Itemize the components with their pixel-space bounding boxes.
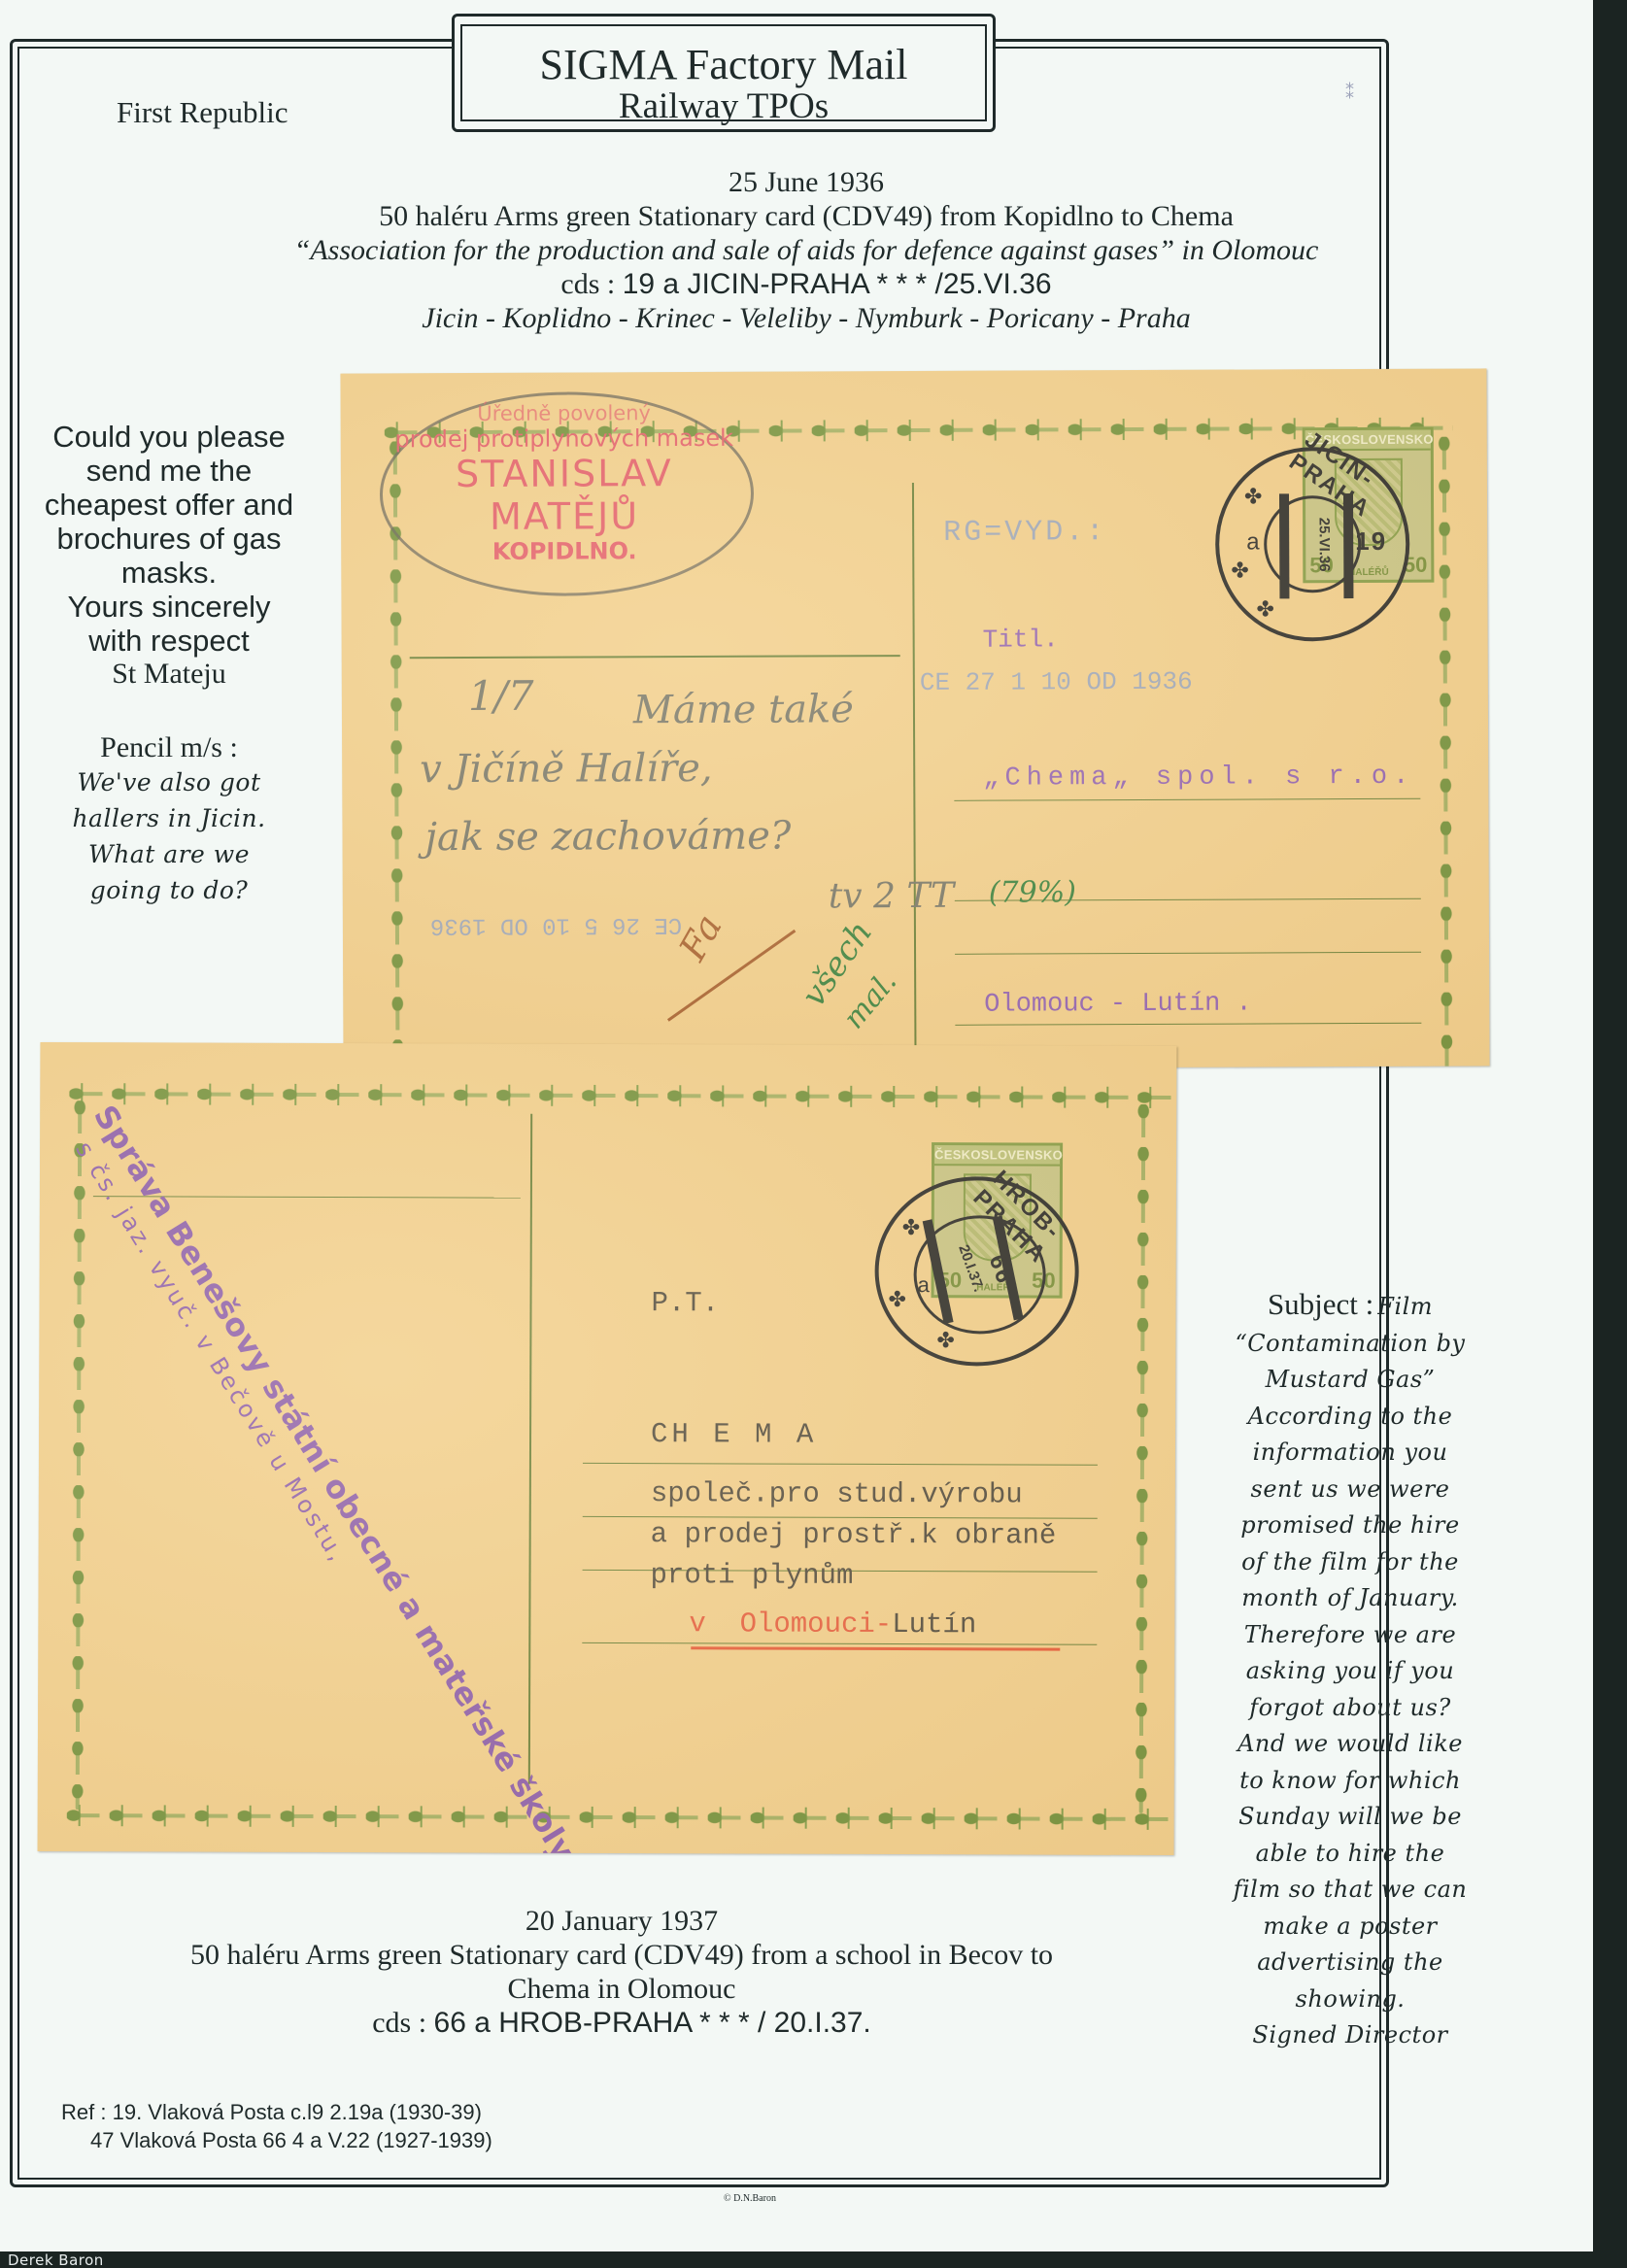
center-divider bbox=[912, 483, 917, 1066]
address-line bbox=[955, 1023, 1421, 1026]
translation-line: make a poster bbox=[1195, 1909, 1506, 1946]
translation-line: Sunday will we be bbox=[1195, 1799, 1506, 1836]
address-line bbox=[954, 798, 1420, 801]
reference-line: 19. Vlaková Posta c.l9 2.19a (1930-39) bbox=[113, 2100, 482, 2124]
translation-line: masks. bbox=[23, 556, 315, 590]
divider-line bbox=[410, 655, 900, 659]
item2-translation: Subject : Film “Contamination by Mustard… bbox=[1195, 1287, 1506, 2054]
era-label: First Republic bbox=[117, 95, 288, 130]
translation-line: According to the bbox=[1195, 1399, 1506, 1436]
scan-edge-right bbox=[1593, 0, 1627, 2268]
translation-line: brochures of gas bbox=[23, 522, 315, 556]
item1-route: Jicin - Koplidno - Krinec - Veleliby - N… bbox=[175, 301, 1438, 335]
page-title: SIGMA Factory Mail bbox=[462, 42, 985, 88]
pencil-note: Máme také bbox=[633, 687, 854, 732]
leaf-border-top bbox=[69, 1083, 1176, 1108]
translation-line: able to hire the bbox=[1195, 1836, 1506, 1873]
pencil-note: v Jičíně Halíře, bbox=[420, 746, 713, 792]
item1-caption: 25 June 1936 50 haléru Arms green Statio… bbox=[175, 165, 1438, 335]
pencil-translation-line: What are we bbox=[23, 836, 315, 872]
album-page: SIGMA Factory Mail Railway TPOs First Re… bbox=[0, 0, 1593, 2253]
school-stamp: Správa Benešovy státní obecné a mateřské… bbox=[60, 1099, 435, 1646]
item2-date: 20 January 1937 bbox=[39, 1904, 1204, 1938]
address-line-text: a prodej prostř.k obraně bbox=[651, 1518, 1057, 1551]
item2-description-cont: Chema in Olomouc bbox=[39, 1972, 1204, 2006]
translation-signature: St Mateju bbox=[23, 658, 315, 691]
item2-description: 50 haléru Arms green Stationary card (CD… bbox=[39, 1938, 1204, 1972]
pencil-label: Pencil m/s : bbox=[23, 731, 315, 764]
scan-edge-bottom bbox=[0, 2251, 1627, 2268]
postmark-hrob-praha: HROB-PRAHA 66 a 20.I.37. ✤ ✤ ✤ bbox=[874, 1176, 1079, 1367]
addressee: „Chema„ spol. s r.o. bbox=[983, 762, 1414, 794]
leaf-border-right bbox=[1131, 1104, 1155, 1813]
address-line bbox=[955, 952, 1421, 955]
salutation: P.T. bbox=[651, 1287, 719, 1319]
pencil-translation-line: going to do? bbox=[23, 872, 315, 908]
translation-line: month of January. bbox=[1195, 1580, 1506, 1617]
postcard-1937: Správa Benešovy státní obecné a mateřské… bbox=[38, 1042, 1177, 1855]
translation-line: to know for which bbox=[1195, 1763, 1506, 1800]
translation-line: send me the bbox=[23, 454, 315, 488]
subject-line: Subject : Film bbox=[1195, 1287, 1506, 1326]
reference-line: 47 Vlaková Posta 66 4 a V.22 (1927-1939) bbox=[61, 2126, 492, 2154]
receipt-mark-inverted: CE 26 5 10 OD 1936 bbox=[430, 911, 682, 938]
item1-cds: cds : 19 a JICIN-PRAHA * * * /25.VI.36 bbox=[175, 267, 1438, 301]
translation-line: sent us we were bbox=[1195, 1472, 1506, 1508]
pencil-translation-line: We've also got bbox=[23, 764, 315, 800]
address-line bbox=[582, 1642, 1097, 1645]
leaf-border-left bbox=[67, 1100, 91, 1810]
item1-description: 50 haléru Arms green Stationary card (CD… bbox=[175, 199, 1438, 233]
translation-line: And we would like bbox=[1195, 1726, 1506, 1763]
translation-line: forgot about us? bbox=[1195, 1690, 1506, 1727]
translation-line: Therefore we are bbox=[1195, 1617, 1506, 1654]
red-underline bbox=[691, 1646, 1060, 1650]
center-divider bbox=[528, 1114, 532, 1784]
postmark-jicin-praha: JICIN-PRAHA 19 a 25.VI.36 ✤ ✤ ✤ bbox=[1215, 447, 1410, 642]
translation-line: Yours sincerely bbox=[23, 590, 315, 624]
address-line-text: proti plynům bbox=[650, 1559, 853, 1592]
translation-line: film so that we can bbox=[1195, 1872, 1506, 1909]
address-line-text: společ.pro stud.výrobu bbox=[651, 1477, 1023, 1510]
translation-line: showing. bbox=[1195, 1981, 1506, 2018]
item2-cds: cds : 66 a HROB-PRAHA * * * / 20.I.37. bbox=[39, 2006, 1204, 2040]
item1-translation: Could you please send me the cheapest of… bbox=[23, 420, 315, 908]
references: Ref : 19. Vlaková Posta c.l9 2.19a (1930… bbox=[61, 2098, 492, 2154]
item1-quote: “Association for the production and sale… bbox=[175, 233, 1438, 267]
addressee: CH E M A bbox=[651, 1418, 817, 1451]
pencil-numbers: tv 2 TT bbox=[829, 876, 954, 917]
title-box: SIGMA Factory Mail Railway TPOs bbox=[452, 14, 996, 132]
copyright: © D.N.Baron bbox=[724, 2193, 776, 2204]
pencil-note: jak se zachováme? bbox=[424, 814, 791, 861]
translation-line: information you bbox=[1195, 1435, 1506, 1472]
translation-line: of the film for the bbox=[1195, 1544, 1506, 1581]
translation-signature: Signed Director bbox=[1195, 2017, 1506, 2054]
pencil-note: 1/7 bbox=[468, 672, 534, 720]
stray-mark: ⁑ bbox=[1345, 83, 1354, 103]
sender-stamp: Úředně povolený prodej protiplynových ma… bbox=[380, 401, 750, 566]
item1-date: 25 June 1936 bbox=[175, 165, 1438, 199]
leaf-border-right bbox=[1434, 437, 1458, 1068]
address-line bbox=[583, 1463, 1098, 1466]
page-subtitle: Railway TPOs bbox=[462, 88, 985, 125]
registry-mark: RG=VYD.: bbox=[943, 516, 1106, 550]
translation-line: with respect bbox=[23, 624, 315, 658]
translation-line: Mustard Gas” bbox=[1195, 1362, 1506, 1399]
translation-line: cheapest offer and bbox=[23, 488, 315, 522]
watermark: Derek Baron bbox=[8, 2251, 104, 2268]
green-figures: (79%) bbox=[989, 875, 1076, 909]
translation-line: promised the hire bbox=[1195, 1507, 1506, 1544]
translation-line: advertising the bbox=[1195, 1945, 1506, 1981]
address-city: v Olomouci-Lutín bbox=[689, 1608, 976, 1641]
leaf-border-bottom bbox=[67, 1805, 1174, 1830]
translation-line: Could you please bbox=[23, 420, 315, 454]
receipt-mark: CE 27 1 10 OD 1936 bbox=[920, 667, 1193, 697]
address-city: Olomouc - Lutín . bbox=[984, 989, 1252, 1019]
pencil-translation-line: hallers in Jicin. bbox=[23, 800, 315, 836]
postcard-1936: Úředně povolený prodej protiplynových ma… bbox=[340, 368, 1489, 1070]
translation-line: “Contamination by bbox=[1195, 1326, 1506, 1363]
item2-caption: 20 January 1937 50 haléru Arms green Sta… bbox=[39, 1904, 1204, 2040]
salutation: Titl. bbox=[983, 625, 1059, 654]
translation-line: asking you if you bbox=[1195, 1653, 1506, 1690]
